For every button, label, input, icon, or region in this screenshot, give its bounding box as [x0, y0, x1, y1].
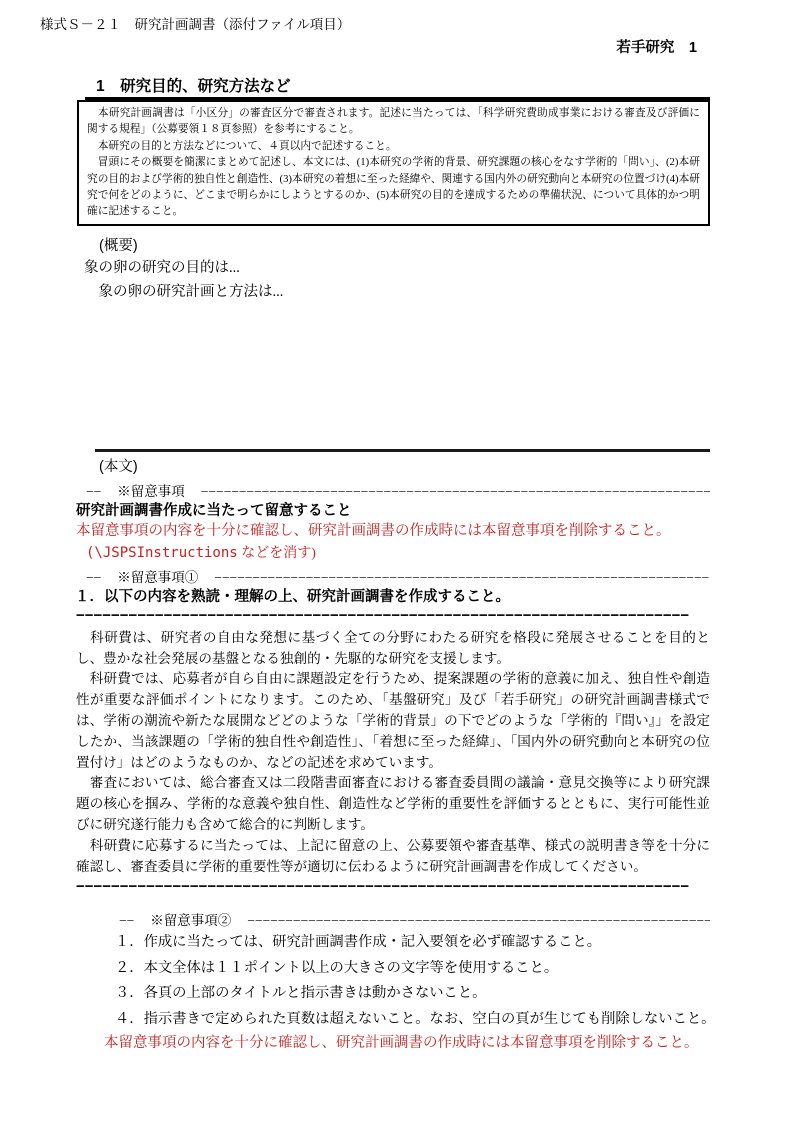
- section-divider-line: [95, 449, 710, 452]
- instruction-paragraph: 本研究計画調書は「小区分」の審査区分で審査されます。記述に当たっては、「科学研究…: [87, 105, 700, 138]
- dash-fill: −−−−−−−−−−−−−−−−−−−−−−−−−−−−−−−−−−−−−−−−…: [214, 568, 710, 587]
- notes-rule-2: −− ※留意事項② −−−−−−−−−−−−−−−−−−−−−−−−−−−−−−…: [119, 911, 710, 930]
- dash-prefix: −−: [86, 482, 101, 501]
- delete-notice-red: 本留意事項の内容を十分に確認し、研究計画調書の作成時には本留意事項を削除すること…: [76, 521, 794, 541]
- dashed-separator-bottom: −−−−−−−−−−−−−−−−−−−−−−−−−−−−−−−−−−−−−−−−…: [76, 879, 710, 895]
- instruction-paragraph: 本研究の目的と方法などについて、４頁以内で記述すること。: [87, 138, 700, 154]
- instruction-paragraph: 冒頭にその概要を簡潔にまとめて記述し、本文には、(1)本研究の学術的背景、研究課…: [87, 154, 700, 220]
- delete-notice-red-bottom: 本留意事項の内容を十分に確認し、研究計画調書の作成時には本留意事項を削除すること…: [104, 1033, 794, 1053]
- instruction-box: 本研究計画調書は「小区分」の審査区分で審査されます。記述に当たっては、「科学研究…: [77, 100, 710, 226]
- dash-prefix: −−: [119, 911, 134, 930]
- notes-rule-1: −− ※留意事項① −−−−−−−−−−−−−−−−−−−−−−−−−−−−−−…: [86, 568, 710, 587]
- body-paragraph: 科研費では、応募者が自ら自由に課題設定を行うため、提案課題の学術的意義に加え、独…: [76, 669, 710, 773]
- category-label: 若手研究 1: [0, 38, 697, 58]
- notes-rule-0: −− ※留意事項 −−−−−−−−−−−−−−−−−−−−−−−−−−−−−−−…: [86, 482, 710, 501]
- overview-plan-line: 象の卵の研究計画と方法は...: [84, 282, 794, 303]
- jsps-instructions-note: (\JSPSInstructions などを消す): [86, 543, 794, 564]
- document-page: 様式Ｓ－２１ 研究計画調書（添付ファイル項目） 若手研究 1 1 研究目的、研究…: [0, 0, 794, 1123]
- note2-item: ４．指示書きで定められた頁数は超えないこと。なお、空白の頁が生じても削除しないこ…: [115, 1007, 750, 1033]
- note2-item: １．作成に当たっては、研究計画調書作成・記入要領を必ず確認すること。: [115, 930, 750, 956]
- body-paragraphs: 科研費は、研究者の自由な発想に基づく全ての分野にわたる研究を格段に発展させること…: [76, 628, 710, 878]
- dash-fill: −−−−−−−−−−−−−−−−−−−−−−−−−−−−−−−−−−−−−−−−…: [201, 482, 710, 501]
- notice-item-heading: １．以下の内容を熟読・理解の上、研究計画調書を作成すること。: [75, 587, 794, 608]
- note2-item: ３．各頁の上部のタイトルと指示書きは動かさないこと。: [115, 981, 750, 1007]
- jsps-instructions-code: (\JSPSInstructions: [86, 545, 238, 561]
- body-label: (本文): [99, 457, 794, 478]
- notice-title: 研究計画調書作成に当たって留意すること: [76, 501, 794, 521]
- body-paragraph: 科研費に応募するに当たっては、上記に留意の上、公募要領や審査基準、様式の説明書き…: [76, 836, 710, 878]
- section-heading: 1 研究目的、研究方法など: [85, 78, 710, 100]
- form-type-label: 様式Ｓ－２１ 研究計画調書（添付ファイル項目）: [40, 0, 794, 34]
- dashed-separator-top: −−−−−−−−−−−−−−−−−−−−−−−−−−−−−−−−−−−−−−−−…: [76, 608, 710, 624]
- jsps-instructions-rest: などを消す): [238, 546, 316, 561]
- notes-rule-label: ※留意事項: [117, 482, 185, 501]
- note2-item-list: １．作成に当たっては、研究計画調書作成・記入要領を必ず確認すること。 ２．本文全…: [115, 930, 750, 1032]
- body-paragraph: 科研費は、研究者の自由な発想に基づく全ての分野にわたる研究を格段に発展させること…: [76, 628, 710, 670]
- notes-rule-label: ※留意事項①: [117, 568, 198, 587]
- note2-item: ２．本文全体は１１ポイント以上の大きさの文字等を使用すること。: [115, 956, 750, 982]
- body-paragraph: 審査においては、総合審査又は二段階書面審査における審査委員間の議論・意見交換等に…: [76, 773, 710, 835]
- dash-fill: −−−−−−−−−−−−−−−−−−−−−−−−−−−−−−−−−−−−−−−−…: [247, 911, 710, 930]
- notes-rule-label: ※留意事項②: [150, 911, 231, 930]
- dash-prefix: −−: [86, 568, 101, 587]
- overview-purpose-line: 象の卵の研究の目的は...: [84, 258, 794, 279]
- overview-label: (概要): [99, 236, 794, 256]
